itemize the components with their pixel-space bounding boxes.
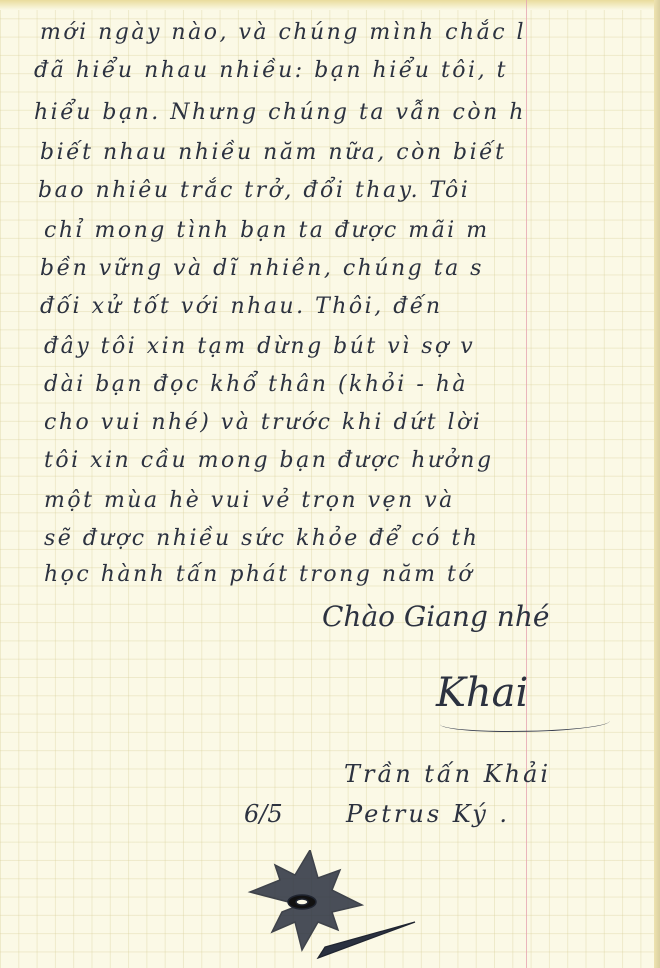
page-top-edge: [0, 0, 660, 10]
date: 6/5: [244, 800, 283, 828]
margin-line: [526, 0, 527, 968]
letter-line: hiểu bạn. Nhưng chúng ta vẫn còn h: [34, 100, 526, 125]
letter-line: đối xử tốt với nhau. Thôi, đến: [40, 294, 443, 319]
letter-line: mới ngày nào, và chúng mình chắc l: [40, 20, 526, 45]
closing-greeting: Chào Giang nhé: [322, 600, 549, 633]
signature-flourish: [440, 713, 610, 732]
letter-line: đã hiểu nhau nhiều: bạn hiểu tôi, t: [34, 58, 508, 83]
school-name: Petrus Ký .: [346, 800, 510, 828]
letter-line: đây tôi xin tạm dừng bút vì sợ v: [44, 334, 475, 359]
letter-line: bền vững và dĩ nhiên, chúng ta s: [40, 256, 484, 281]
letter-line: dài bạn đọc khổ thân (khỏi - hà: [44, 372, 468, 397]
page-right-edge: [654, 0, 660, 968]
letter-line: tôi xin cầu mong bạn được hưởng: [44, 448, 494, 473]
letter-line: cho vui nhé) và trước khi dứt lời: [44, 410, 482, 435]
flower-sketch-icon: [240, 850, 440, 965]
letter-line: bao nhiêu trắc trở, đổi thay. Tôi: [38, 178, 470, 203]
letter-line: học hành tấn phát trong năm tớ: [44, 562, 474, 587]
full-name: Trần tấn Khải: [344, 760, 551, 788]
letter-line: một mùa hè vui vẻ trọn vẹn và: [44, 488, 455, 513]
letter-line: chỉ mong tình bạn ta được mãi m: [44, 218, 490, 243]
letter-line: sẽ được nhiều sức khỏe để có th: [44, 526, 479, 551]
letter-line: biết nhau nhiều năm nữa, còn biết: [40, 140, 506, 165]
signature: Khai: [436, 670, 528, 716]
